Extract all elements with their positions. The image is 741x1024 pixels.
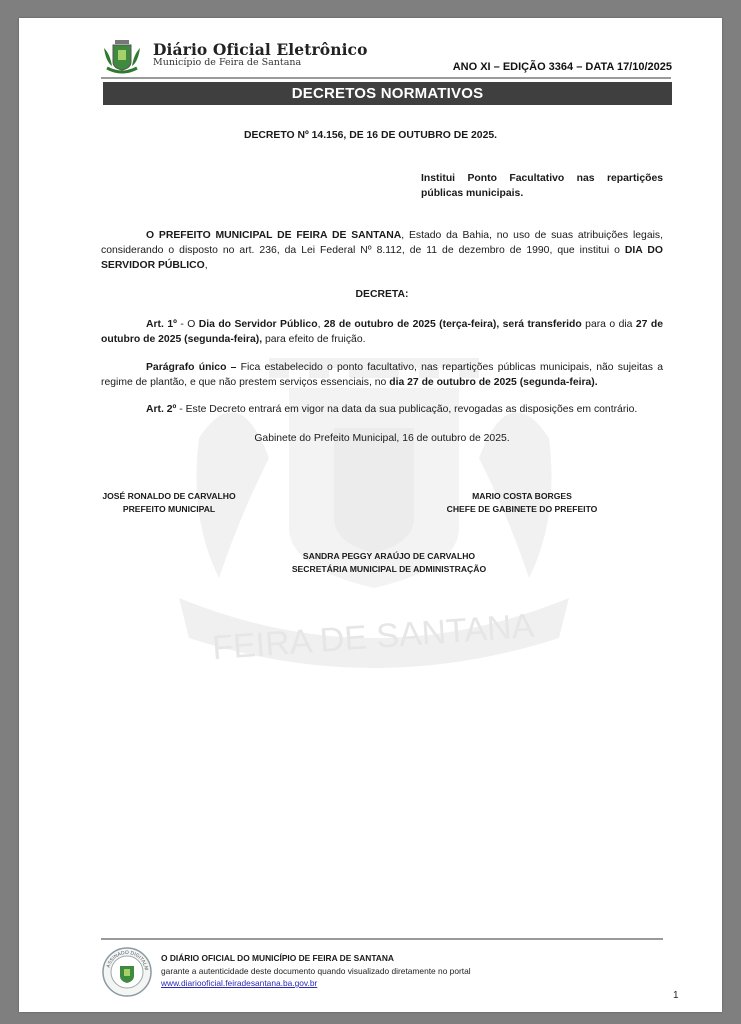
article-1-text: para o dia	[582, 319, 636, 330]
signatory-name: SANDRA PEGGY ARAÚJO DE CARVALHO	[269, 550, 509, 563]
article-1-text: - O	[177, 319, 199, 330]
footer-divider	[101, 938, 663, 940]
preamble-lead: O PREFEITO MUNICIPAL DE FEIRA DE SANTANA	[146, 230, 401, 241]
svg-text:FEIRA DE SANTANA: FEIRA DE SANTANA	[211, 607, 536, 667]
signatory-name: JOSÉ RONALDO DE CARVALHO	[79, 490, 259, 503]
footer-title: O DIÁRIO OFICIAL DO MUNICÍPIO DE FEIRA D…	[161, 953, 394, 963]
article-2-text: - Este Decreto entrará em vigor na data …	[176, 404, 637, 415]
document-page: FEIRA DE SANTANA Diário Oficial Eletrôni…	[19, 18, 722, 1012]
article-1: Art. 1º - O Dia do Servidor Público, 28 …	[101, 317, 663, 347]
municipal-coat-of-arms-icon	[101, 38, 143, 74]
decree-title: DECRETO Nº 14.156, DE 16 DE OUTUBRO DE 2…	[19, 128, 722, 143]
place-date: Gabinete do Prefeito Municipal, 16 de ou…	[101, 431, 663, 446]
footer-text: garante a autenticidade deste documento …	[161, 966, 471, 976]
article-1-text: para efeito de fruição.	[262, 334, 365, 345]
preamble-end: ,	[205, 260, 208, 271]
article-1-emphasis: Dia do Servidor Público	[199, 319, 318, 330]
signatory-role: SECRETÁRIA MUNICIPAL DE ADMINISTRAÇÃO	[269, 563, 509, 576]
paragrafo-unico-emphasis: dia 27 de outubro de 2025 (segunda-feira…	[389, 377, 597, 388]
article-2: Art. 2º - Este Decreto entrará em vigor …	[101, 402, 663, 417]
decreta-heading: DECRETA:	[101, 287, 663, 302]
decree-ementa: Institui Ponto Facultativo nas repartiçõ…	[421, 171, 663, 201]
signatory-role: PREFEITO MUNICIPAL	[79, 503, 259, 516]
signatory-name: MARIO COSTA BORGES	[422, 490, 622, 503]
article-1-label: Art. 1º	[146, 319, 177, 330]
edition-info: ANO XI – EDIÇÃO 3364 – DATA 17/10/2025	[453, 61, 672, 73]
portal-link[interactable]: www.diariooficial.feiradesantana.ba.gov.…	[161, 978, 317, 988]
section-title: DECRETOS NORMATIVOS	[103, 82, 672, 105]
article-2-label: Art. 2º	[146, 404, 176, 415]
signature-block: MARIO COSTA BORGES CHEFE DE GABINETE DO …	[422, 490, 622, 516]
preamble-paragraph: O PREFEITO MUNICIPAL DE FEIRA DE SANTANA…	[101, 228, 663, 273]
page-number: 1	[673, 990, 679, 1001]
header-divider	[101, 77, 671, 79]
paragrafo-unico: Parágrafo único – Fica estabelecido o po…	[101, 360, 663, 390]
article-1-emphasis: 28 de outubro de 2025 (terça-feira), ser…	[324, 319, 582, 330]
paragrafo-unico-label: Parágrafo único –	[146, 362, 236, 373]
signature-block: SANDRA PEGGY ARAÚJO DE CARVALHO SECRETÁR…	[269, 550, 509, 576]
signature-block: JOSÉ RONALDO DE CARVALHO PREFEITO MUNICI…	[79, 490, 259, 516]
signatory-role: CHEFE DE GABINETE DO PREFEITO	[422, 503, 622, 516]
digital-signature-seal-icon: ASSINADO DIGITALMENTE	[101, 946, 153, 998]
brand-subtitle: Município de Feira de Santana	[153, 57, 301, 68]
